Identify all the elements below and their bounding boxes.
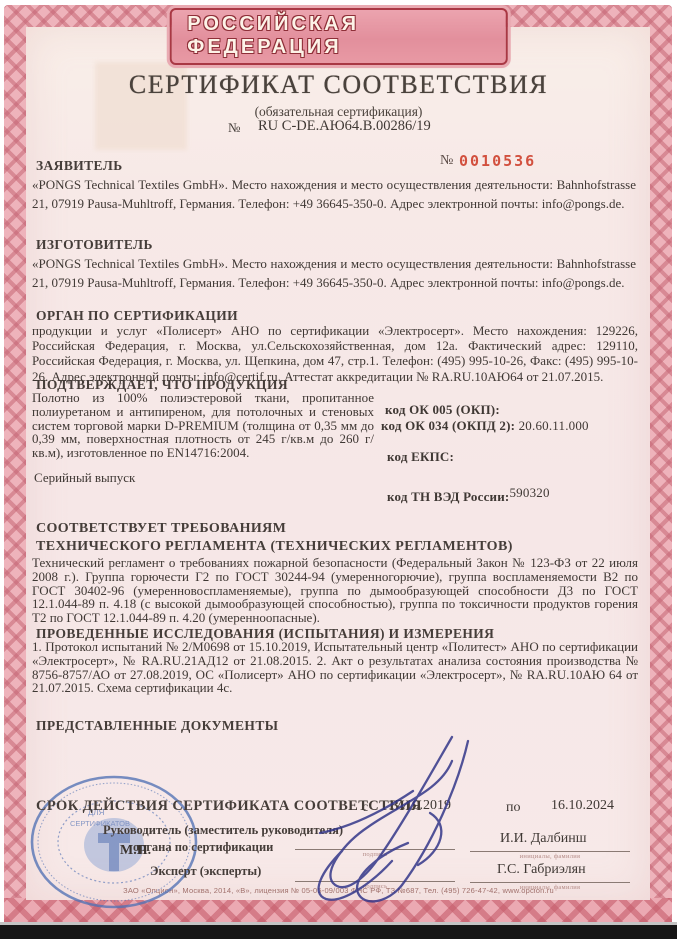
stamp-place-label: М.П. [120, 843, 151, 859]
compliance-heading-1: СООТВЕТСТВУЕТ ТРЕБОВАНИЯМ [36, 521, 286, 537]
photo-table-background [0, 925, 677, 939]
code-okp-label: код ОК 005 (ОКП): [385, 402, 500, 417]
applicant-text: «PONGS Technical Textiles GmbH». Место н… [32, 175, 636, 213]
validity-to-date: 16.10.2024 [551, 798, 614, 814]
code-tnved-label: код ТН ВЭД России: [387, 489, 509, 504]
gov-banner-text: РОССИЙСКАЯ ФЕДЕРАЦИЯ [187, 13, 359, 58]
compliance-heading-2: ТЕХНИЧЕСКОГО РЕГЛАМЕНТА (ТЕХНИЧЕСКИХ РЕГ… [36, 539, 513, 555]
certification-body-heading: ОРГАН ПО СЕРТИФИКАЦИИ [36, 308, 238, 324]
certificate-title: СЕРТИФИКАТ СООТВЕТСТВИЯ [0, 70, 677, 100]
manufacturer-text: «PONGS Technical Textiles GmbH». Место н… [32, 254, 636, 292]
product-description: Полотно из 100% полиэстеровой ткани, про… [32, 391, 374, 460]
code-ekps-label: код ЕКПС: [387, 449, 454, 464]
applicant-heading: ЗАЯВИТЕЛЬ [36, 158, 123, 174]
head-name: И.И. Далбинш [500, 831, 586, 847]
code-ekps: код ЕКПС: [387, 449, 454, 465]
gov-banner: РОССИЙСКАЯ ФЕДЕРАЦИЯ [169, 8, 508, 65]
code-okpd-label: код ОК 034 (ОКПД 2): [381, 418, 515, 433]
code-okp: код ОК 005 (ОКП): [385, 402, 500, 418]
serial-type: Серийный выпуск [34, 470, 135, 486]
expert-name: Г.С. Габриэлян [497, 862, 586, 878]
reg-number: RU C-DE.АЮ64.В.00286/19 [258, 118, 431, 135]
code-tnved: код ТН ВЭД России:590320 [387, 489, 550, 505]
certification-body-text: продукции и услуг «Полисерт» АНО по серт… [32, 323, 638, 384]
code-okpd-value: 20.60.11.000 [519, 418, 589, 433]
certificate-page: РОССИЙСКАЯ ФЕДЕРАЦИЯ СЕРТИФИКАТ СООТВЕТС… [0, 0, 677, 939]
documents-heading: ПРЕДСТАВЛЕННЫЕ ДОКУМЕНТЫ [36, 718, 278, 734]
head-role-line2: органа по сертификации [133, 840, 273, 855]
blank-number-label: № [440, 153, 453, 169]
manufacturer-heading: ИЗГОТОВИТЕЛЬ [36, 237, 153, 253]
code-okpd: код ОК 034 (ОКПД 2): 20.60.11.000 [381, 418, 589, 434]
blank-number: 0010536 [459, 152, 536, 170]
reg-number-label: № [228, 120, 240, 136]
research-text: 1. Протокол испытаний № 2/М0698 от 15.10… [32, 640, 638, 695]
compliance-text: Технический регламент о требованиях пожа… [32, 556, 638, 625]
expert-role: Эксперт (эксперты) [150, 864, 261, 879]
handwritten-signature [280, 733, 495, 913]
validity-to-label: по [506, 800, 521, 816]
code-tnved-value: 590320 [509, 485, 549, 500]
